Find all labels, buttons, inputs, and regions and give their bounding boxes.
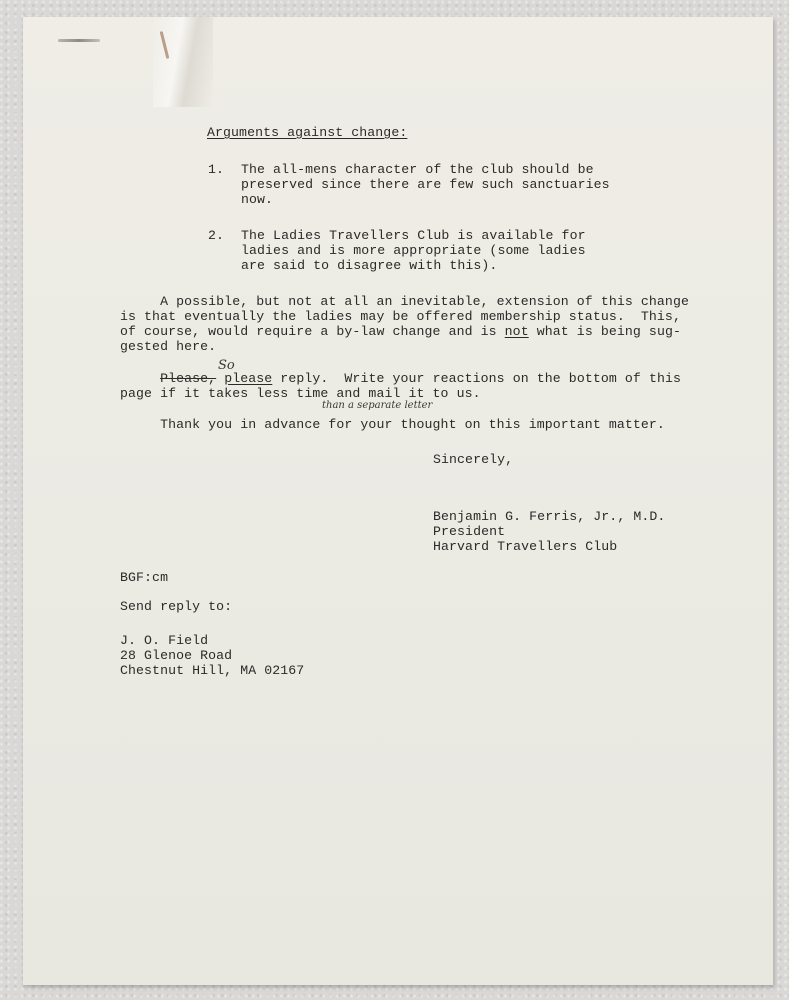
- thanks-line: Thank you in advance for your thought on…: [120, 418, 665, 433]
- extension-paragraph-line-2: is that eventually the ladies may be off…: [120, 310, 681, 325]
- line-3-start: of course, would require a by-law change…: [120, 324, 505, 339]
- extension-paragraph-line-4: gested here.: [120, 340, 216, 355]
- indent: [120, 371, 160, 386]
- struck-please: Please,: [160, 371, 216, 386]
- extension-paragraph-line-1: A possible, but not at all an inevitable…: [120, 295, 689, 310]
- argument-1-line-1: The all-mens character of the club shoul…: [241, 163, 594, 178]
- rust-stain: [160, 31, 170, 59]
- signature-name: Benjamin G. Ferris, Jr., M.D.: [433, 510, 665, 525]
- signature-title: President: [433, 525, 505, 540]
- closing: Sincerely,: [433, 453, 513, 468]
- argument-2-line-3: are said to disagree with this).: [241, 259, 497, 274]
- argument-1-number: 1.: [208, 163, 224, 178]
- reply-paragraph-line-1: Please, please reply. Write your reactio…: [120, 372, 681, 387]
- argument-1-line-3: now.: [241, 193, 273, 208]
- underlined-please: please: [224, 371, 272, 386]
- argument-2-line-1: The Ladies Travellers Club is available …: [241, 229, 586, 244]
- section-heading: Arguments against change:: [207, 126, 407, 141]
- signature-organization: Harvard Travellers Club: [433, 540, 617, 555]
- reply-line-1-rest: reply. Write your reactions on the botto…: [272, 371, 681, 386]
- initials: BGF:cm: [120, 571, 168, 586]
- reply-name: J. O. Field: [120, 634, 208, 649]
- line-3-end: what is being sug-: [529, 324, 681, 339]
- emphasized-not: not: [505, 324, 529, 339]
- argument-1-line-2: preserved since there are few such sanct…: [241, 178, 610, 193]
- send-reply-label: Send reply to:: [120, 600, 232, 615]
- staple-mark: [58, 39, 100, 42]
- reply-street: 28 Glenoe Road: [120, 649, 232, 664]
- argument-2-number: 2.: [208, 229, 224, 244]
- reply-city: Chestnut Hill, MA 02167: [120, 664, 304, 679]
- handwritten-note: than a separate letter: [322, 400, 432, 411]
- extension-paragraph-line-3: of course, would require a by-law change…: [120, 325, 681, 340]
- argument-2-line-2: ladies and is more appropriate (some lad…: [241, 244, 586, 259]
